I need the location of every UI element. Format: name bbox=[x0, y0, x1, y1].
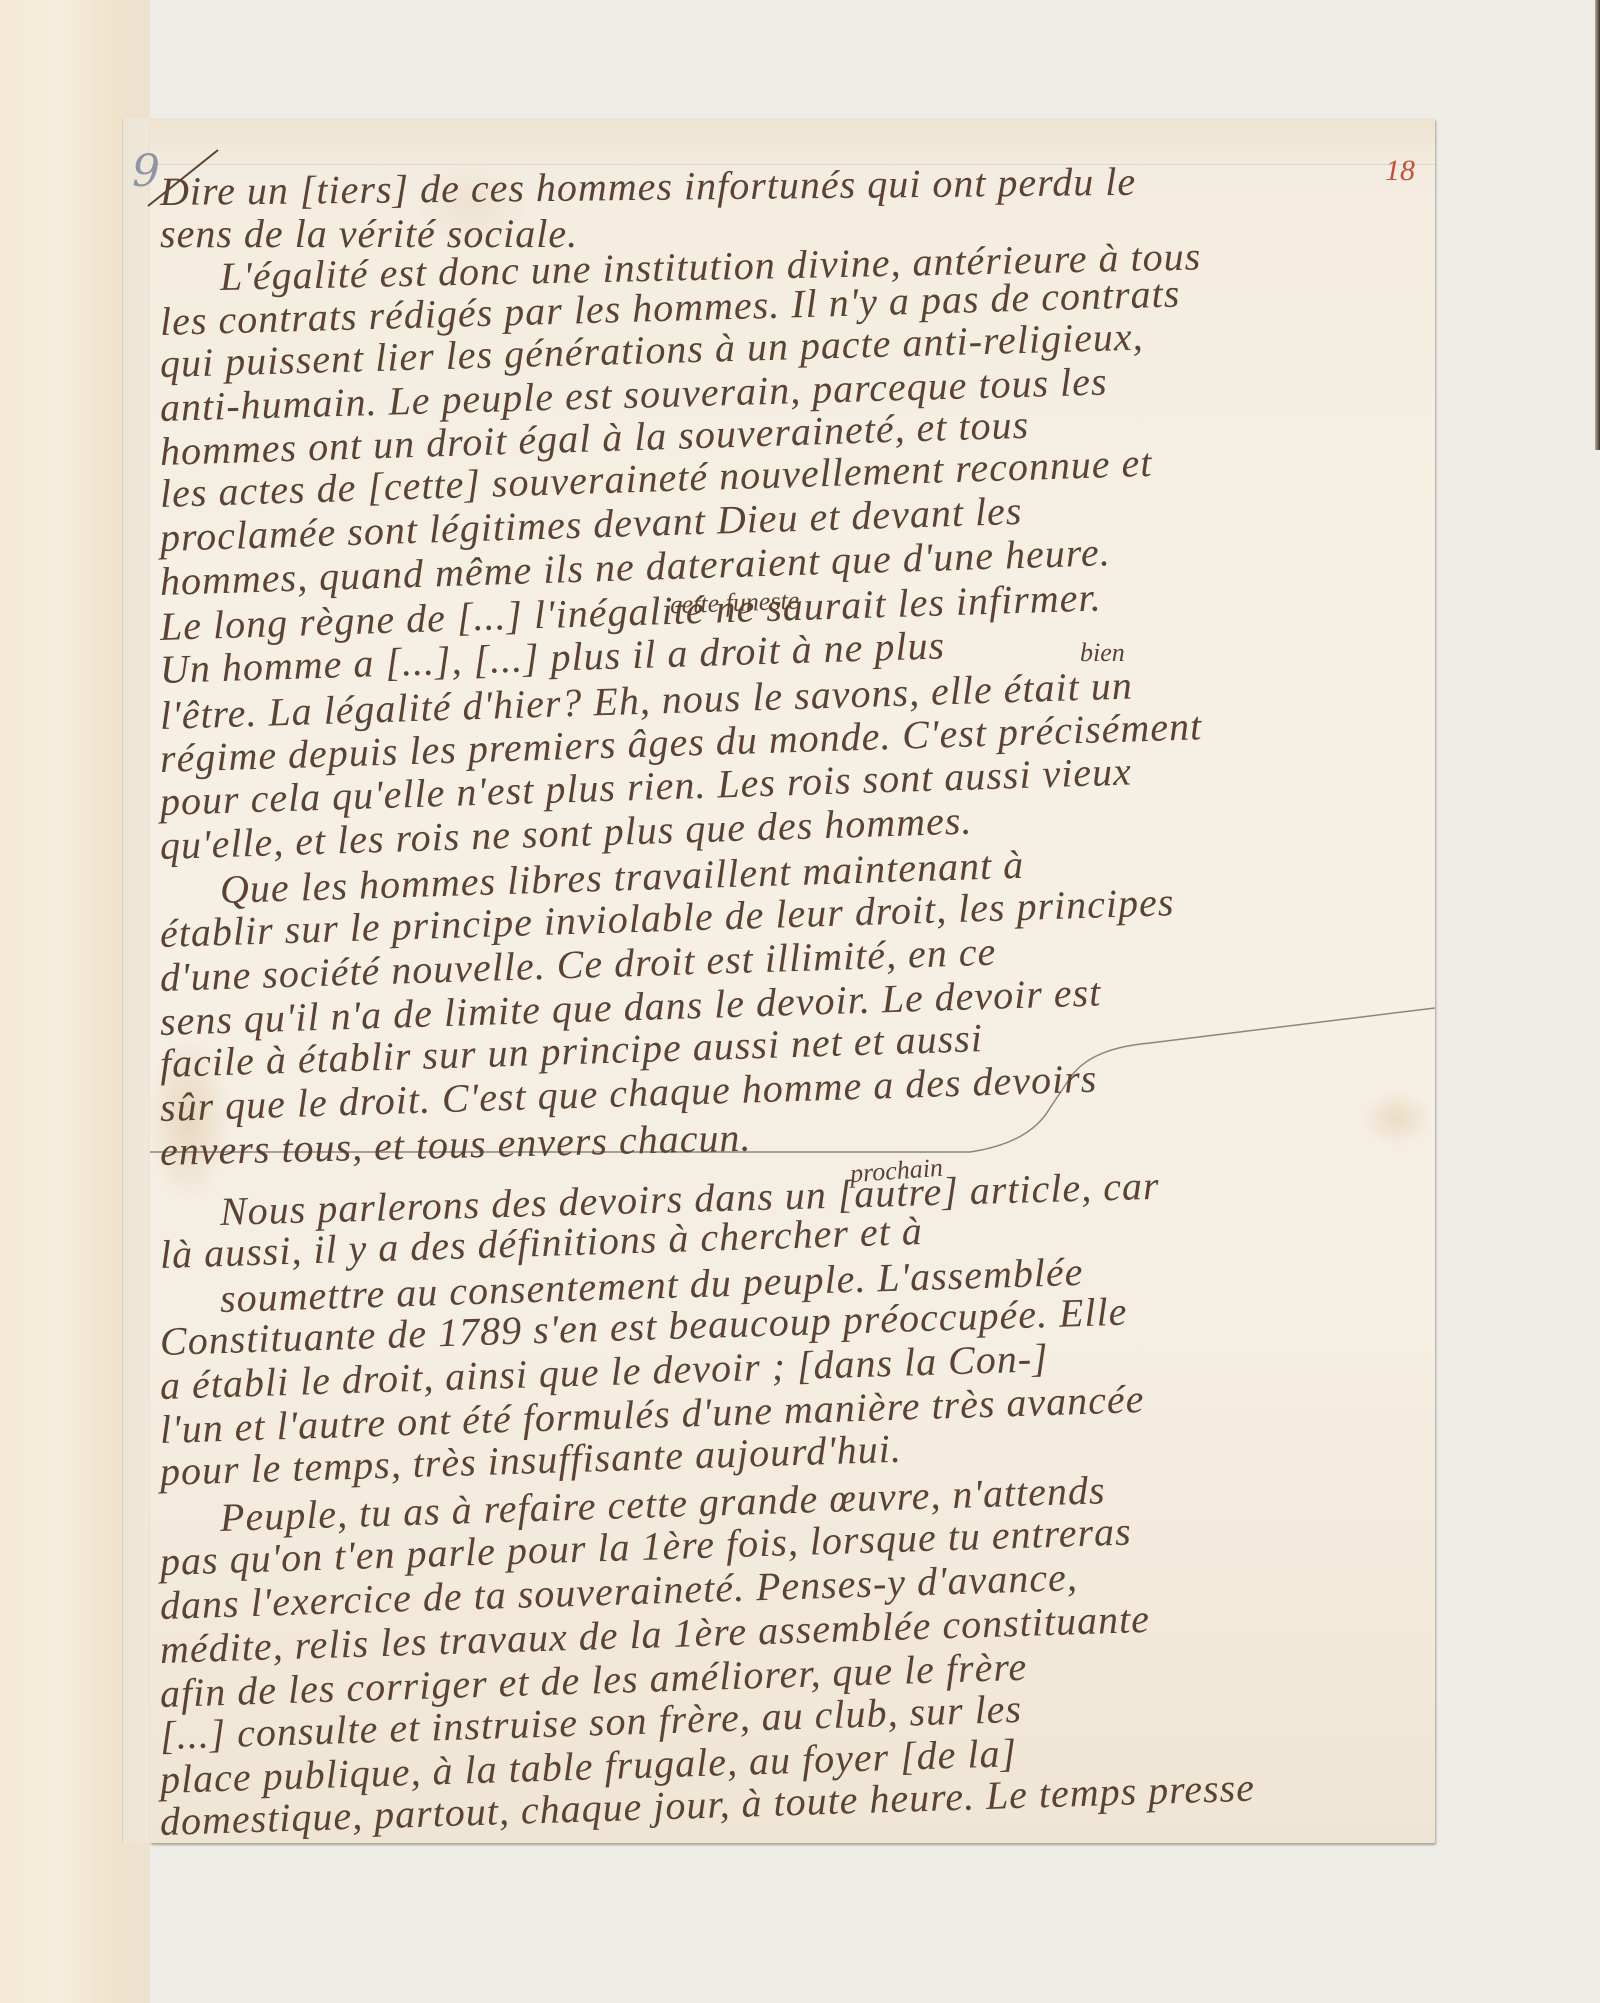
manuscript-page: 9 18 Dire un [tiers] de ces hommes infor… bbox=[150, 118, 1435, 1843]
page-number-red: 18 bbox=[1385, 154, 1415, 188]
book-cover-edge bbox=[1595, 0, 1600, 450]
